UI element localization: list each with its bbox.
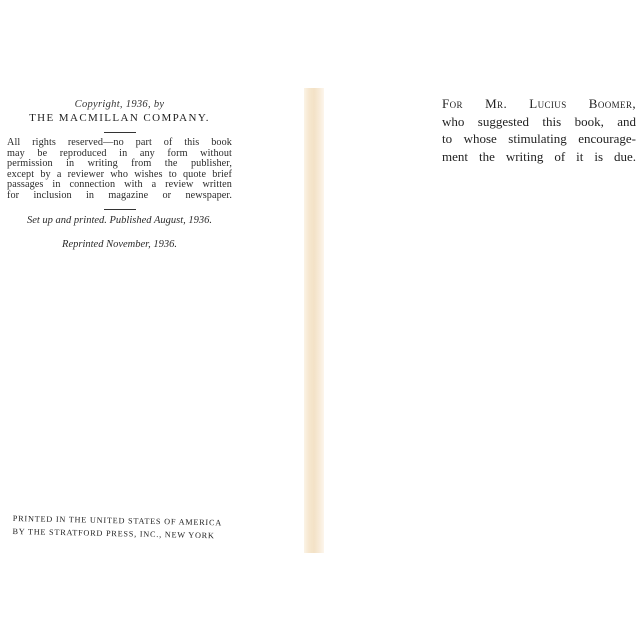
rights-notice: All rights reserved—no part of this book… [7, 138, 232, 202]
copyright-block: Copyright, 1936, by THE MACMILLAN COMPAN… [7, 99, 232, 251]
book-spread: Copyright, 1936, by THE MACMILLAN COMPAN… [0, 0, 640, 640]
dedication-line: who suggested this book, and [442, 113, 636, 131]
printer-imprint: PRINTED IN THE UNITED STATES OF AMERICA … [12, 512, 227, 542]
reprint-note: Reprinted November, 1936. [7, 239, 232, 251]
dedication-line: ment the writing of it is due. [442, 148, 636, 166]
publication-note: Set up and printed. Published August, 19… [7, 215, 232, 227]
book-gutter [304, 88, 324, 553]
copyright-page: Copyright, 1936, by THE MACMILLAN COMPAN… [0, 0, 300, 640]
divider-rule [104, 132, 136, 133]
dedication-line: For Mr. Lucius Boomer, [442, 95, 636, 113]
dedication-line: to whose stimulating encourage- [442, 130, 636, 148]
publisher-name: THE MACMILLAN COMPANY. [7, 112, 232, 125]
divider-rule [104, 209, 136, 210]
rights-line: for inclusion in magazine or newspaper. [7, 191, 232, 202]
dedication-page: For Mr. Lucius Boomer, who suggested thi… [330, 0, 640, 640]
rights-line: All rights reserved—no part of this book [7, 138, 232, 149]
copyright-line: Copyright, 1936, by [7, 99, 232, 111]
dedication: For Mr. Lucius Boomer, who suggested thi… [442, 95, 636, 165]
